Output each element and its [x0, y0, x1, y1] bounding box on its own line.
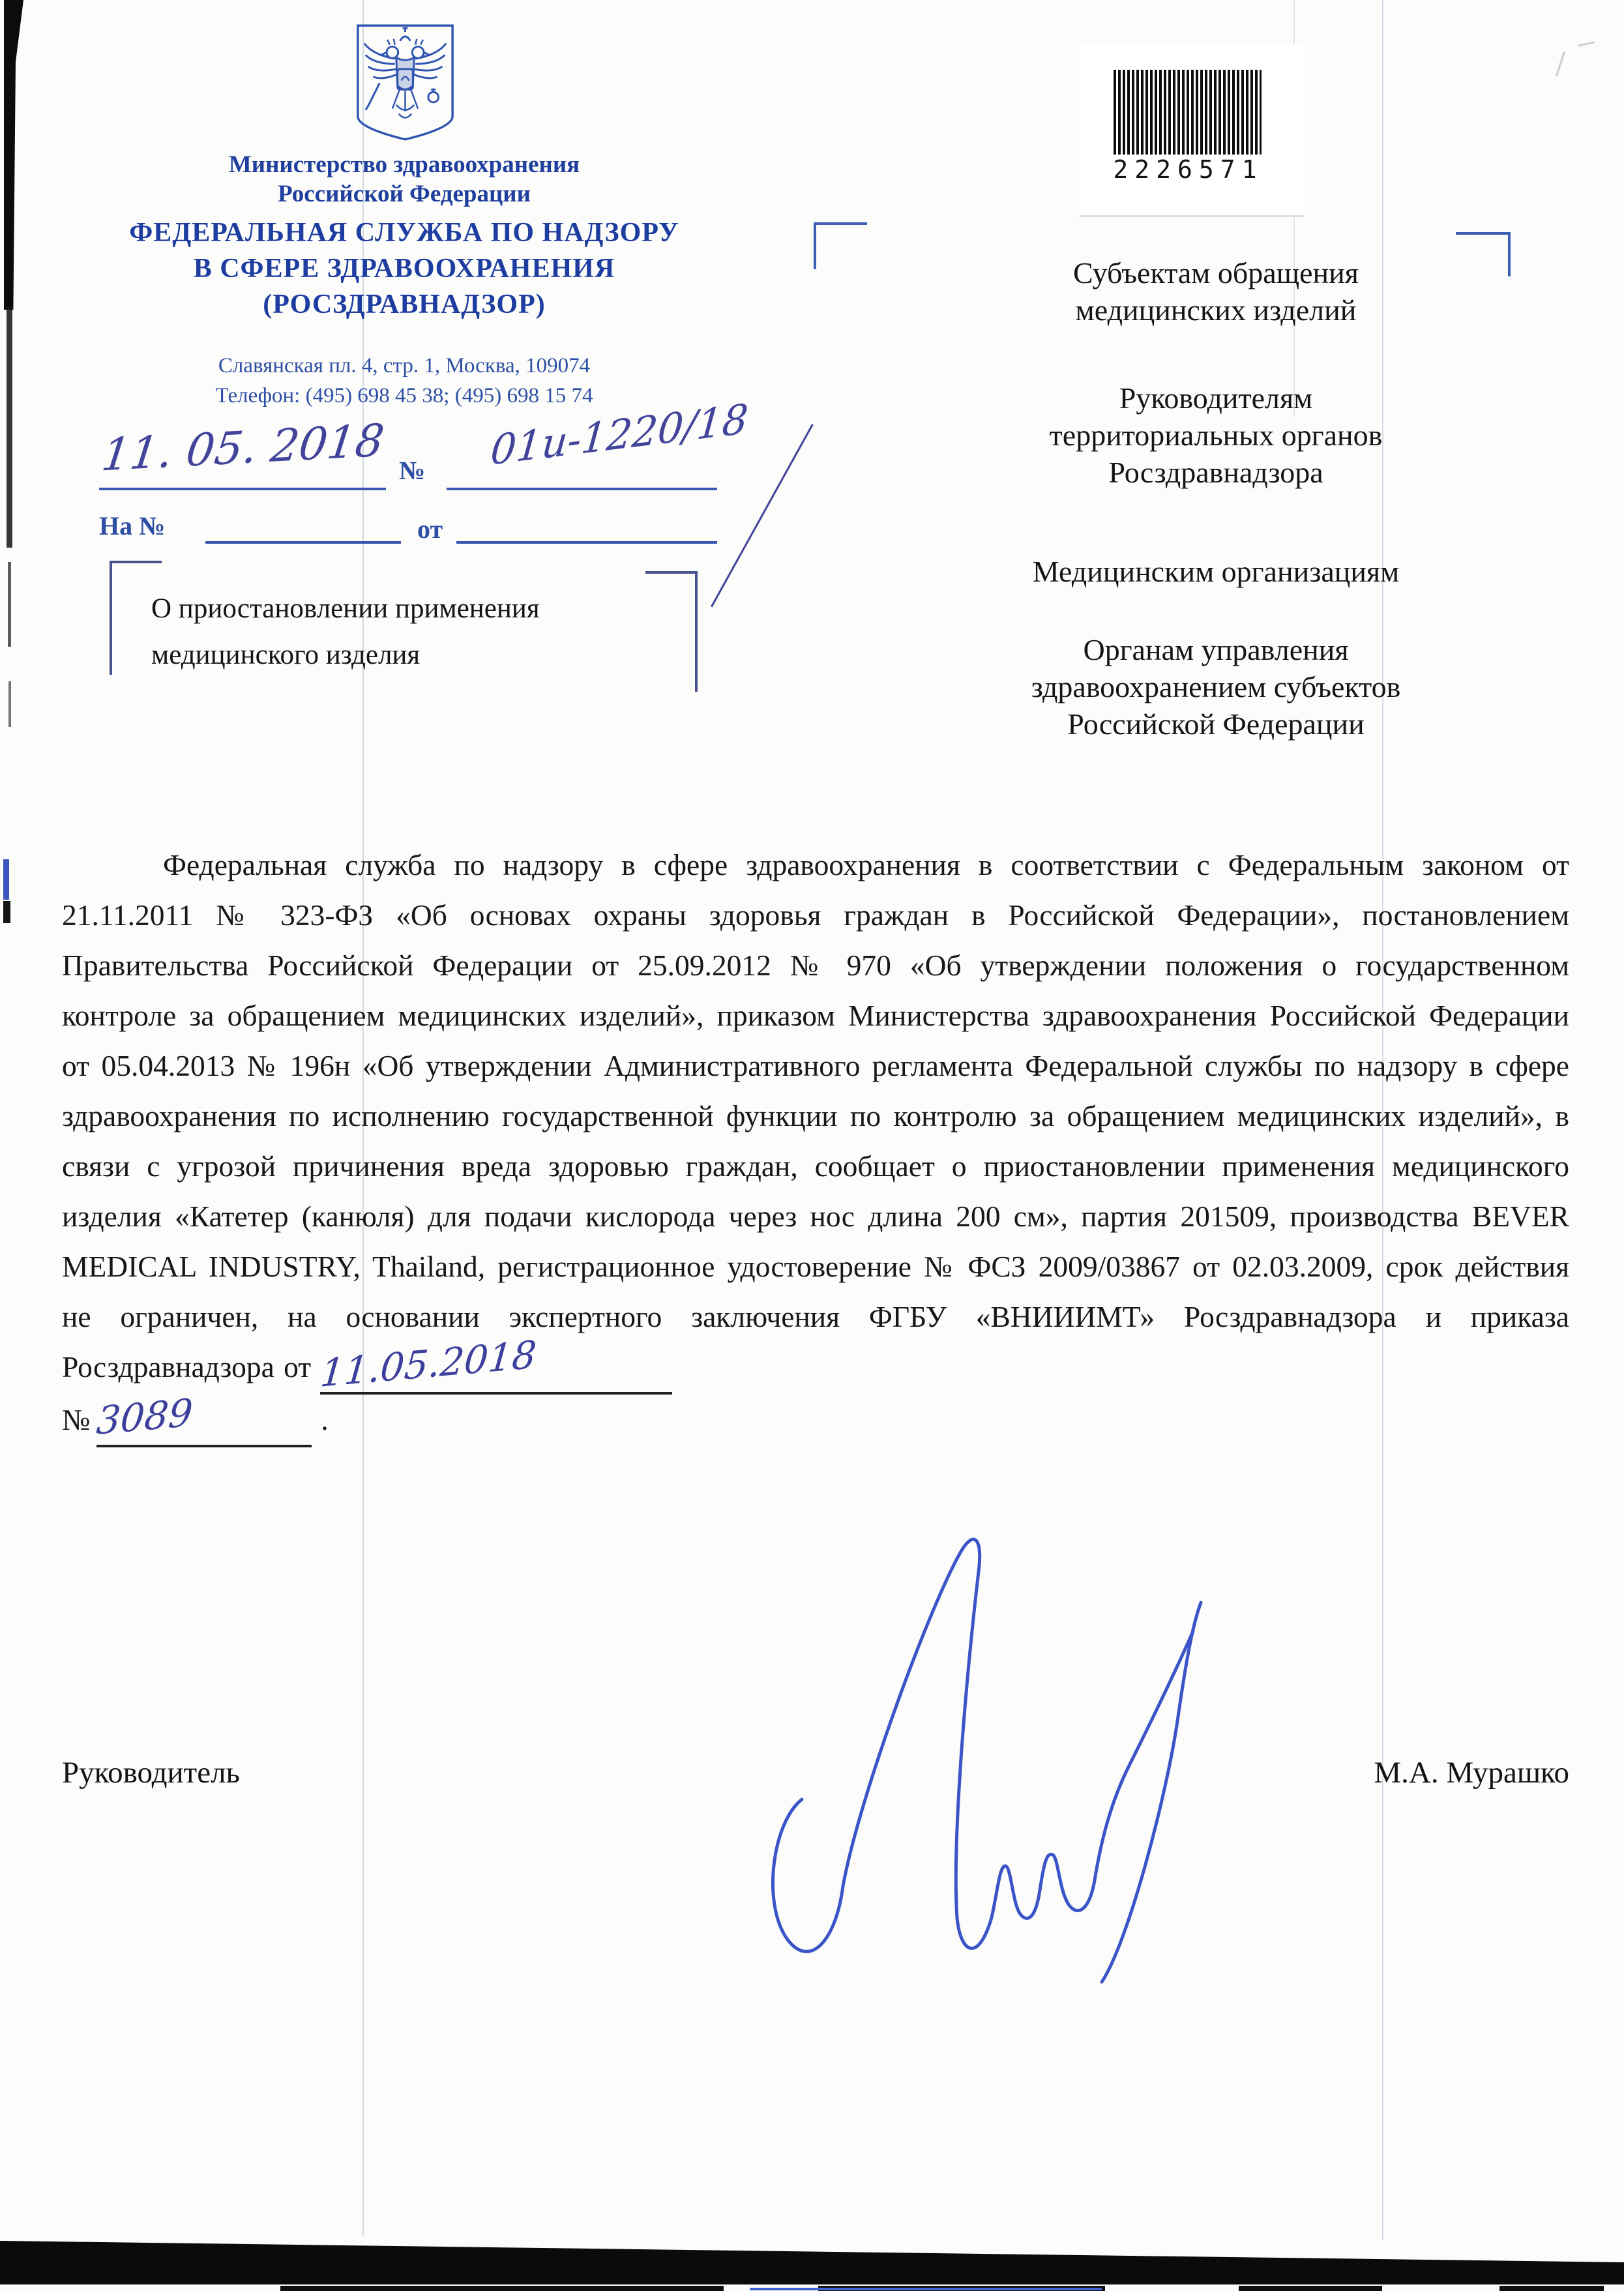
reply-number-underline: [205, 541, 401, 544]
subject-line1: О приостановлении применения: [151, 585, 540, 632]
addressee-bracket-topleft: [814, 222, 816, 269]
subject-bracket-topleft: [110, 561, 162, 563]
ministry-name: Министерство здравоохранения Российской …: [98, 150, 711, 209]
scan-edge-artifact: [1499, 2286, 1604, 2291]
handwritten-order-number: 3089: [95, 1393, 194, 1441]
handwriting-stroke: [711, 424, 814, 607]
phone-line: Телефон: (495) 698 45 38; (495) 698 15 7…: [98, 381, 711, 411]
subject-line2: медицинского изделия: [151, 632, 540, 678]
number-underline: [447, 488, 717, 490]
scan-edge-blue-line: [750, 2288, 1102, 2290]
ministry-line1: Министерство здравоохранения: [98, 150, 711, 179]
barcode-number: 2226571: [1108, 155, 1268, 184]
scan-edge-artifact: [8, 681, 11, 727]
addressee-bracket-topleft: [814, 222, 867, 225]
body-main-text: Федеральная служба по надзору в сфере зд…: [62, 848, 1569, 1383]
handwritten-signature: [737, 1526, 1206, 1995]
reply-number-label: На №: [99, 510, 165, 541]
scan-edge-band: [0, 2235, 1624, 2284]
pencil-mark: [1556, 52, 1565, 77]
service-line3: (РОСЗДРАВНАДЗОР): [98, 287, 711, 323]
subject-bracket-topleft: [110, 561, 112, 675]
document-page: Министерство здравоохранения Российской …: [0, 0, 1624, 2291]
handwritten-order-date: 11.05.2018: [319, 1335, 538, 1393]
address-line: Славянская пл. 4, стр. 1, Москва, 109074: [98, 351, 711, 381]
subject-line: О приостановлении применения медицинског…: [151, 585, 540, 678]
addressee-item: Субъектам обращения медицинских изделий: [1033, 254, 1398, 329]
service-line2: В СФЕРЕ ЗДРАВООХРАНЕНИЯ: [98, 251, 711, 287]
ministry-line2: Российской Федерации: [98, 179, 711, 209]
subject-bracket-topright: [695, 571, 698, 692]
scan-edge-artifact: [280, 2286, 724, 2291]
scan-edge-artifact: [8, 562, 11, 647]
scan-edge-artifact: [1239, 2286, 1382, 2291]
subject-bracket-topright: [645, 571, 698, 574]
service-name: ФЕДЕРАЛЬНАЯ СЛУЖБА ПО НАДЗОРУ В СФЕРЕ ЗД…: [98, 215, 711, 323]
reply-from-label: от: [417, 514, 443, 544]
addressee-bracket-topright: [1456, 232, 1511, 235]
pencil-mark: [1578, 41, 1595, 46]
addressee-item: Органам управления здравоохранением субъ…: [1004, 631, 1428, 743]
scan-edge-artifact: [7, 306, 12, 548]
addressee-item: Медицинским организациям: [913, 553, 1519, 590]
date-underline: [99, 488, 386, 490]
signer-title: Руководитель: [62, 1755, 240, 1790]
barcode: [1114, 70, 1262, 155]
service-line1: ФЕДЕРАЛЬНАЯ СЛУЖБА ПО НАДЗОРУ: [98, 215, 711, 251]
scan-edge-artifact: [3, 901, 10, 923]
scan-edge-artifact: [4, 0, 23, 310]
addressee-block: Субъектам обращения медицинских изделий …: [913, 254, 1519, 743]
handwritten-date: 11. 05. 2018: [95, 415, 391, 482]
addressee-item: Руководителям территориальных органов Ро…: [1017, 379, 1415, 491]
scan-edge-artifact: [3, 859, 9, 900]
reply-date-underline: [456, 541, 717, 544]
sentence-period: .: [321, 1403, 328, 1436]
signer-name: М.А. Мурашко: [1271, 1755, 1569, 1790]
coat-of-arms-icon: [354, 22, 456, 143]
order-number-label: №: [62, 1403, 90, 1436]
number-label: №: [399, 455, 425, 486]
order-date-slot: 11.05.2018: [320, 1342, 672, 1395]
order-number-slot: 3089: [96, 1395, 312, 1447]
body-paragraph: Федеральная служба по надзору в сфере зд…: [62, 840, 1569, 1447]
contact-block: Славянская пл. 4, стр. 1, Москва, 109074…: [98, 351, 711, 411]
